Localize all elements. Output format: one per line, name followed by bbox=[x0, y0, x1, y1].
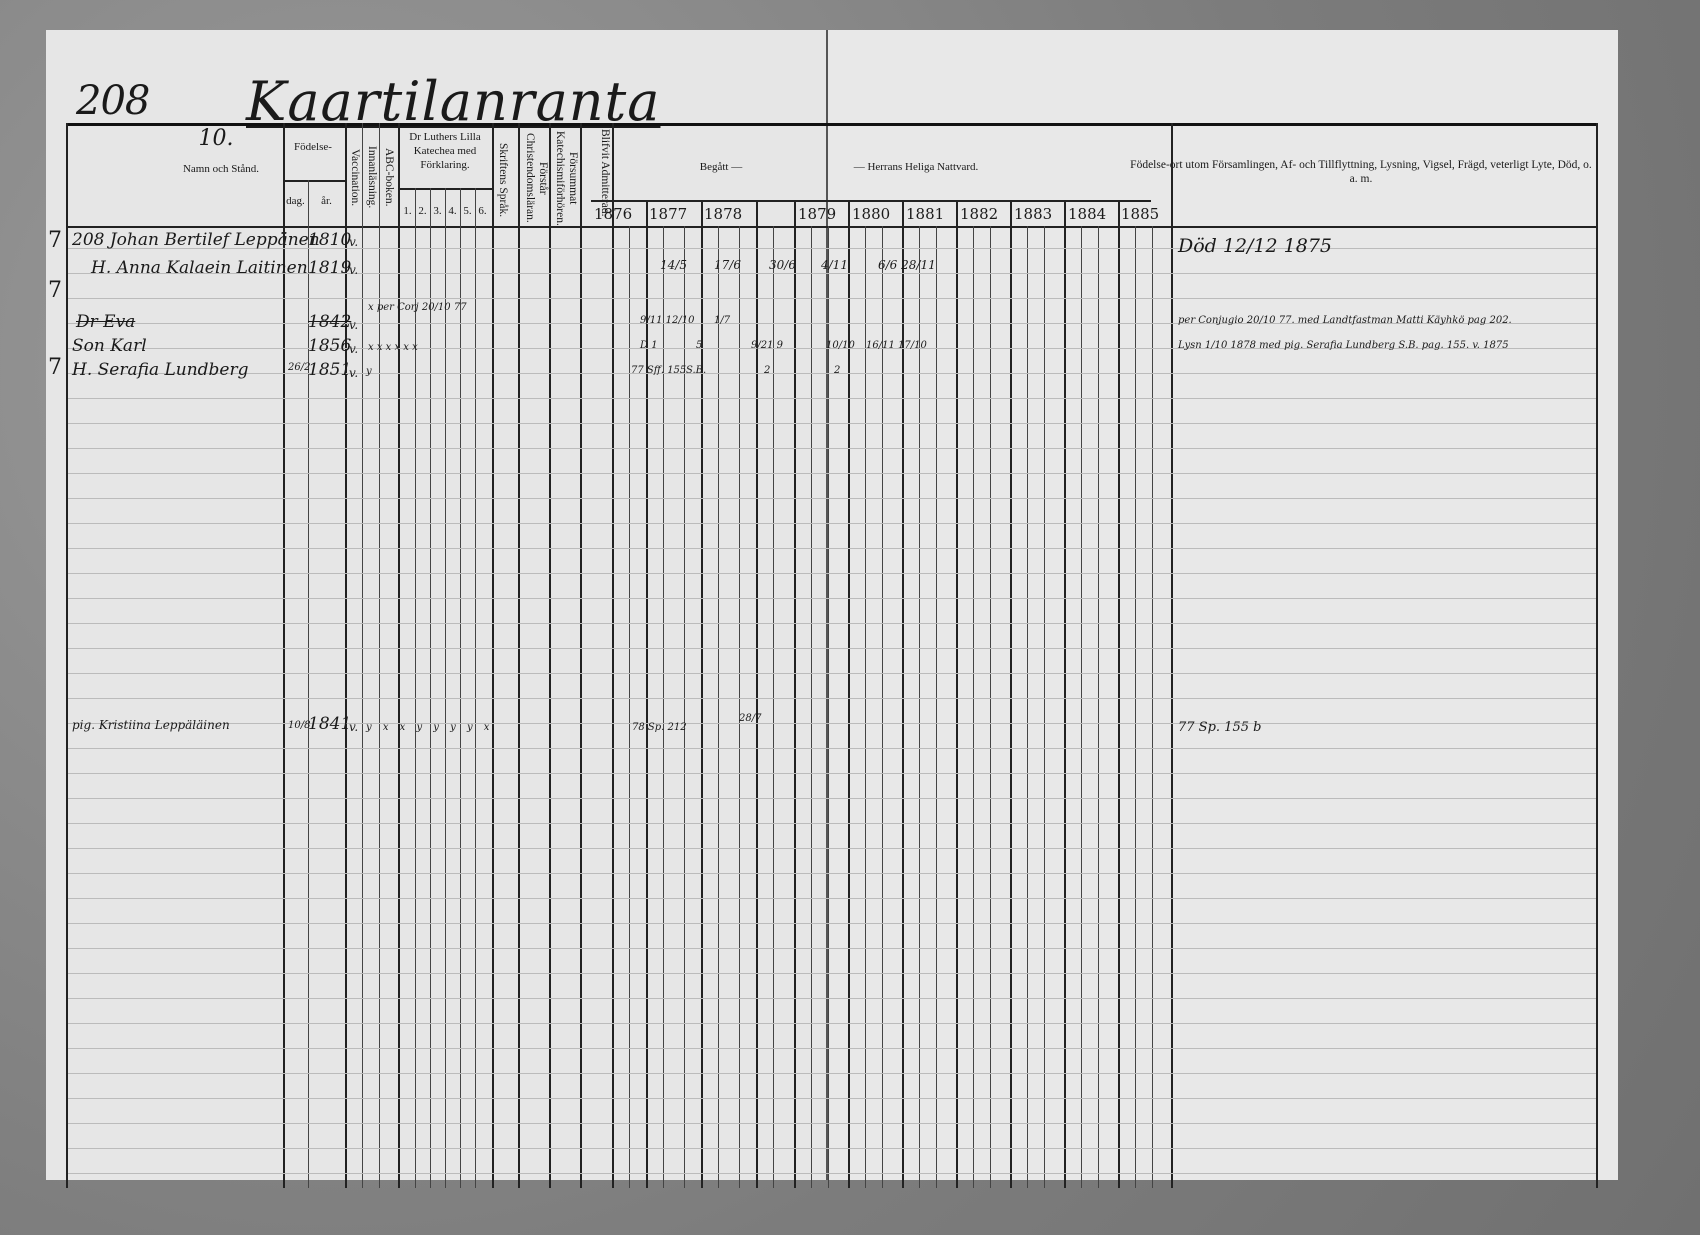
margin-mark: 7 bbox=[48, 355, 62, 380]
header-begatt: Begått — bbox=[666, 160, 776, 174]
col-line bbox=[580, 123, 582, 1188]
entry-name: Son Karl bbox=[72, 336, 147, 356]
ruled-line bbox=[68, 773, 1596, 774]
entry-birth-year: 1851 bbox=[308, 360, 351, 380]
year-1885: 1885 bbox=[1121, 205, 1159, 223]
col-line bbox=[1098, 226, 1099, 1188]
year-1877: 1877 bbox=[649, 205, 687, 223]
ruled-line bbox=[68, 848, 1596, 849]
birth-subheader-rule bbox=[283, 180, 345, 182]
communion-1877: 17/6 bbox=[714, 258, 741, 272]
section-number: 10. bbox=[146, 132, 286, 146]
entry-reading-marks: y x x y y y y x bbox=[366, 722, 493, 733]
col-line bbox=[492, 123, 494, 1188]
ruled-line bbox=[68, 423, 1596, 424]
ruled-line bbox=[68, 498, 1596, 499]
entry-vaccination: v. bbox=[349, 318, 358, 332]
year-1881: 1881 bbox=[906, 205, 944, 223]
ruled-line bbox=[68, 448, 1596, 449]
communion-1877: 5 bbox=[696, 340, 702, 351]
header-birth: Födelse- bbox=[283, 140, 343, 154]
header-innanlasning: Innanläsning. bbox=[365, 130, 378, 225]
header-birth-year: år. bbox=[308, 194, 345, 208]
ruled-line bbox=[68, 298, 1596, 299]
header-top-rule bbox=[66, 123, 1596, 126]
left-page bbox=[46, 30, 828, 1180]
header-name: Namn och Stånd. bbox=[106, 162, 336, 176]
ruled-line bbox=[68, 548, 1596, 549]
year-1880: 1880 bbox=[852, 205, 890, 223]
ruled-line bbox=[68, 1098, 1596, 1099]
ruled-line bbox=[68, 948, 1596, 949]
entry-name: H. Serafia Lundberg bbox=[72, 360, 249, 380]
catechism-part-4: 4. bbox=[445, 204, 460, 218]
col-line bbox=[773, 226, 774, 1188]
entry-birth-year: 1841 bbox=[308, 714, 351, 734]
year-1883: 1883 bbox=[1014, 205, 1052, 223]
header-nattvard: — Herrans Heliga Nattvard. bbox=[816, 160, 1016, 174]
margin-mark: 7 bbox=[48, 228, 62, 253]
col-line bbox=[549, 123, 551, 1188]
ruled-line bbox=[68, 1023, 1596, 1024]
entry-note: Lysn 1/10 1878 med pig. Serafia Lundberg… bbox=[1178, 340, 1509, 351]
col-line bbox=[1081, 226, 1082, 1188]
entry-name: Dr Eva bbox=[76, 312, 135, 332]
entry-admitted: 78 Sp. 212 bbox=[632, 722, 687, 733]
entry-birth-year: 1842 bbox=[308, 312, 351, 332]
ruled-line bbox=[68, 998, 1596, 999]
ruled-line bbox=[68, 648, 1596, 649]
col-line bbox=[739, 226, 740, 1188]
communion-1878: 30/6 bbox=[769, 258, 796, 272]
entry-note: per Conjugio 20/10 77. med Landtfastman … bbox=[1178, 315, 1512, 326]
ruled-line bbox=[68, 798, 1596, 799]
communion-1876: 9/11 12/10 bbox=[640, 315, 694, 326]
entry-name: pig. Kristiina Leppäläinen bbox=[72, 718, 230, 732]
col-line bbox=[865, 226, 866, 1188]
col-line bbox=[629, 226, 630, 1188]
col-line bbox=[828, 226, 829, 1188]
communion-1878: 28/7 bbox=[739, 713, 761, 724]
entry-note: Död 12/12 1875 bbox=[1178, 235, 1332, 257]
catechism-part-3: 3. bbox=[430, 204, 445, 218]
col-line bbox=[612, 123, 614, 1188]
entry-birth-year: 1810 bbox=[308, 230, 351, 250]
col-line bbox=[398, 123, 400, 1188]
ruled-line bbox=[68, 898, 1596, 899]
header-vaccination: Vaccination. bbox=[348, 130, 361, 225]
col-line bbox=[283, 123, 285, 1188]
ruled-line bbox=[68, 573, 1596, 574]
communion-1879: 10/10 bbox=[826, 340, 855, 351]
header-abc: ABC-boken. bbox=[382, 130, 395, 225]
years-subheader-rule bbox=[591, 200, 1151, 202]
catechism-subheader-rule bbox=[400, 188, 492, 190]
communion-1880: 16/11 17/10 bbox=[866, 340, 927, 351]
col-line bbox=[415, 188, 416, 1188]
communion-1878: 2 bbox=[764, 365, 770, 376]
ruled-line bbox=[68, 973, 1596, 974]
entry-vaccination: v. bbox=[349, 366, 358, 380]
ruled-line bbox=[68, 748, 1596, 749]
ruled-line bbox=[68, 873, 1596, 874]
year-1878: 1878 bbox=[704, 205, 742, 223]
col-line bbox=[66, 123, 68, 1188]
year-1884: 1884 bbox=[1068, 205, 1106, 223]
entry-reading-marks: x per Corj 20/10 77 bbox=[368, 302, 467, 313]
col-line bbox=[345, 123, 347, 1188]
entry-birth-year: 1856 bbox=[308, 336, 351, 356]
year-1879: 1879 bbox=[798, 205, 836, 223]
col-line bbox=[1152, 226, 1153, 1188]
header-forstar: Förstår Christendomsläran. bbox=[521, 128, 549, 228]
ruled-line bbox=[68, 598, 1596, 599]
col-line bbox=[362, 123, 363, 1188]
col-line bbox=[919, 226, 920, 1188]
col-line bbox=[430, 188, 431, 1188]
ruled-line bbox=[68, 673, 1596, 674]
communion-1877: S.B. bbox=[686, 365, 706, 376]
ruled-line bbox=[68, 373, 1596, 374]
page-number: 208 bbox=[76, 78, 149, 124]
ruled-line bbox=[68, 923, 1596, 924]
ruled-line bbox=[68, 523, 1596, 524]
ruled-line bbox=[68, 1073, 1596, 1074]
header-forsummat: Försummat Katechismiförhören. bbox=[551, 128, 579, 228]
header-skriftens: Skriftens Språk. bbox=[496, 130, 509, 230]
entry-vaccination: v. bbox=[349, 263, 358, 277]
ruled-line bbox=[68, 398, 1596, 399]
col-line bbox=[475, 188, 476, 1188]
right-page bbox=[828, 30, 1618, 1180]
entry-name: H. Anna Kalaein Laitinen bbox=[91, 258, 308, 278]
catechism-part-5: 5. bbox=[460, 204, 475, 218]
col-line bbox=[460, 188, 461, 1188]
communion-1876: 14/5 bbox=[660, 258, 687, 272]
col-line bbox=[936, 226, 937, 1188]
register-book: 208 Kaartilanranta 10. Namn och Stånd. F… bbox=[46, 30, 1618, 1180]
catechism-part-2: 2. bbox=[415, 204, 430, 218]
col-line bbox=[882, 226, 883, 1188]
header-bottom-rule bbox=[66, 226, 1596, 228]
col-line bbox=[1171, 123, 1173, 1188]
col-line bbox=[379, 123, 380, 1188]
ruled-line bbox=[68, 473, 1596, 474]
entry-reading-marks: y bbox=[366, 366, 372, 377]
communion-1879: 4/11 bbox=[821, 258, 848, 272]
col-line bbox=[445, 188, 446, 1188]
ruled-line bbox=[68, 1148, 1596, 1149]
col-line bbox=[811, 226, 812, 1188]
header-birth-day: dag. bbox=[283, 194, 308, 208]
header-notes: Födelse-ort utom Församlingen, Af- och T… bbox=[1126, 158, 1596, 186]
col-line bbox=[518, 123, 520, 1188]
communion-1877: 1/7 bbox=[714, 315, 730, 326]
entry-admitted: 77 Sff. 155 bbox=[631, 365, 686, 376]
ruled-line bbox=[68, 1123, 1596, 1124]
header-catechism: Dr Luthers Lilla Katechea med Förklaring… bbox=[400, 130, 490, 172]
col-line bbox=[718, 226, 719, 1188]
ruled-line bbox=[68, 698, 1596, 699]
margin-mark: 7 bbox=[48, 278, 62, 303]
catechism-part-1: 1. bbox=[400, 204, 415, 218]
communion-1879: 2 bbox=[834, 365, 840, 376]
col-line bbox=[973, 226, 974, 1188]
entry-vaccination: v. bbox=[349, 235, 358, 249]
ruled-line bbox=[68, 623, 1596, 624]
communion-1878: 9/21 9 bbox=[751, 340, 783, 351]
entry-note: 77 Sp. 155 b bbox=[1178, 720, 1261, 735]
communion-1876: D 1 bbox=[640, 340, 658, 351]
ruled-line bbox=[68, 1173, 1596, 1174]
entry-birth-year: 1819 bbox=[308, 258, 351, 278]
col-line bbox=[1135, 226, 1136, 1188]
col-line bbox=[1044, 226, 1045, 1188]
col-line bbox=[1027, 226, 1028, 1188]
col-line bbox=[990, 226, 991, 1188]
entry-name: 208 Johan Bertilef Leppänen bbox=[72, 230, 320, 250]
entry-vaccination: v. bbox=[349, 342, 358, 356]
ruled-line bbox=[68, 1048, 1596, 1049]
entry-reading-marks: x x x x x x bbox=[368, 342, 418, 353]
catechism-part-6: 6. bbox=[475, 204, 490, 218]
ruled-line bbox=[68, 823, 1596, 824]
year-1882: 1882 bbox=[960, 205, 998, 223]
col-line bbox=[1596, 123, 1598, 1188]
communion-1880: 6/6 28/11 bbox=[878, 258, 936, 272]
entry-vaccination: v. bbox=[349, 720, 358, 734]
